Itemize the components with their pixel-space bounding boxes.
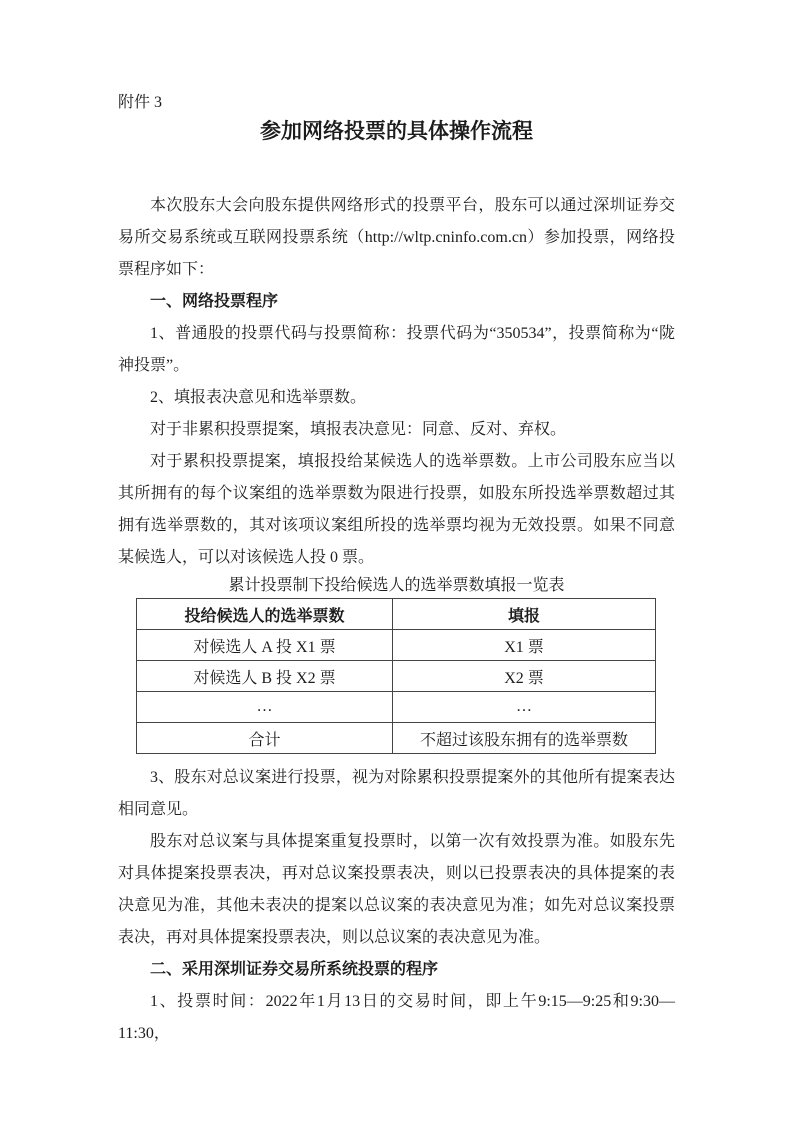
vote-table-header-votes: 投给候选人的选举票数 bbox=[137, 599, 393, 630]
vote-table: 投给候选人的选举票数 填报 对候选人 A 投 X1 票 X1 票 对候选人 B … bbox=[136, 598, 656, 754]
table-row: 合计 不超过该股东拥有的选举票数 bbox=[137, 723, 656, 754]
table-cell: X1 票 bbox=[392, 630, 655, 661]
section2-paragraph-voting-time: 1、投票时间：2022年1月13日的交易时间，即上午9:15—9:25和9:30… bbox=[118, 986, 675, 1050]
table-cell: … bbox=[137, 692, 393, 723]
table-cell: 合计 bbox=[137, 723, 393, 754]
table-row: 对候选人 A 投 X1 票 X1 票 bbox=[137, 630, 656, 661]
section1-heading: 一、网络投票程序 bbox=[118, 286, 675, 318]
section1-paragraph-general-proposal: 3、股东对总议案进行投票，视为对除累积投票提案外的其他所有提案表达相同意见。 bbox=[118, 762, 675, 826]
vote-table-caption: 累计投票制下投给候选人的选举票数填报一览表 bbox=[118, 574, 675, 598]
table-row: … … bbox=[137, 692, 656, 723]
table-cell: … bbox=[392, 692, 655, 723]
vote-table-header-row: 投给候选人的选举票数 填报 bbox=[137, 599, 656, 630]
page-title: 参加网络投票的具体操作流程 bbox=[118, 114, 675, 148]
table-cell: X2 票 bbox=[392, 661, 655, 692]
section1-paragraph-cumulative: 对于累积投票提案，填报投给某候选人的选举票数。上市公司股东应当以其所拥有的每个议… bbox=[118, 446, 675, 574]
section1-paragraph-fill-opinion: 2、填报表决意见和选举票数。 bbox=[118, 382, 675, 414]
table-cell: 不超过该股东拥有的选举票数 bbox=[392, 723, 655, 754]
table-cell: 对候选人 A 投 X1 票 bbox=[137, 630, 393, 661]
section1-paragraph-voting-code: 1、普通股的投票代码与投票简称：投票代码为“350534”，投票简称为“陇神投票… bbox=[118, 318, 675, 382]
section1-paragraph-non-cumulative: 对于非累积投票提案，填报表决意见：同意、反对、弃权。 bbox=[118, 414, 675, 446]
document-page: 附件 3 参加网络投票的具体操作流程 本次股东大会向股东提供网络形式的投票平台，… bbox=[0, 0, 793, 1122]
section2-heading: 二、采用深圳证券交易所系统投票的程序 bbox=[118, 954, 675, 986]
table-row: 对候选人 B 投 X2 票 X2 票 bbox=[137, 661, 656, 692]
intro-paragraph: 本次股东大会向股东提供网络形式的投票平台，股东可以通过深圳证券交易所交易系统或互… bbox=[118, 190, 675, 286]
attachment-label: 附件 3 bbox=[118, 92, 675, 114]
vote-table-header-fill: 填报 bbox=[392, 599, 655, 630]
document-content: 附件 3 参加网络投票的具体操作流程 本次股东大会向股东提供网络形式的投票平台，… bbox=[0, 0, 793, 1050]
section1-paragraph-duplicate-voting: 股东对总议案与具体提案重复投票时，以第一次有效投票为准。如股东先对具体提案投票表… bbox=[118, 826, 675, 954]
table-cell: 对候选人 B 投 X2 票 bbox=[137, 661, 393, 692]
